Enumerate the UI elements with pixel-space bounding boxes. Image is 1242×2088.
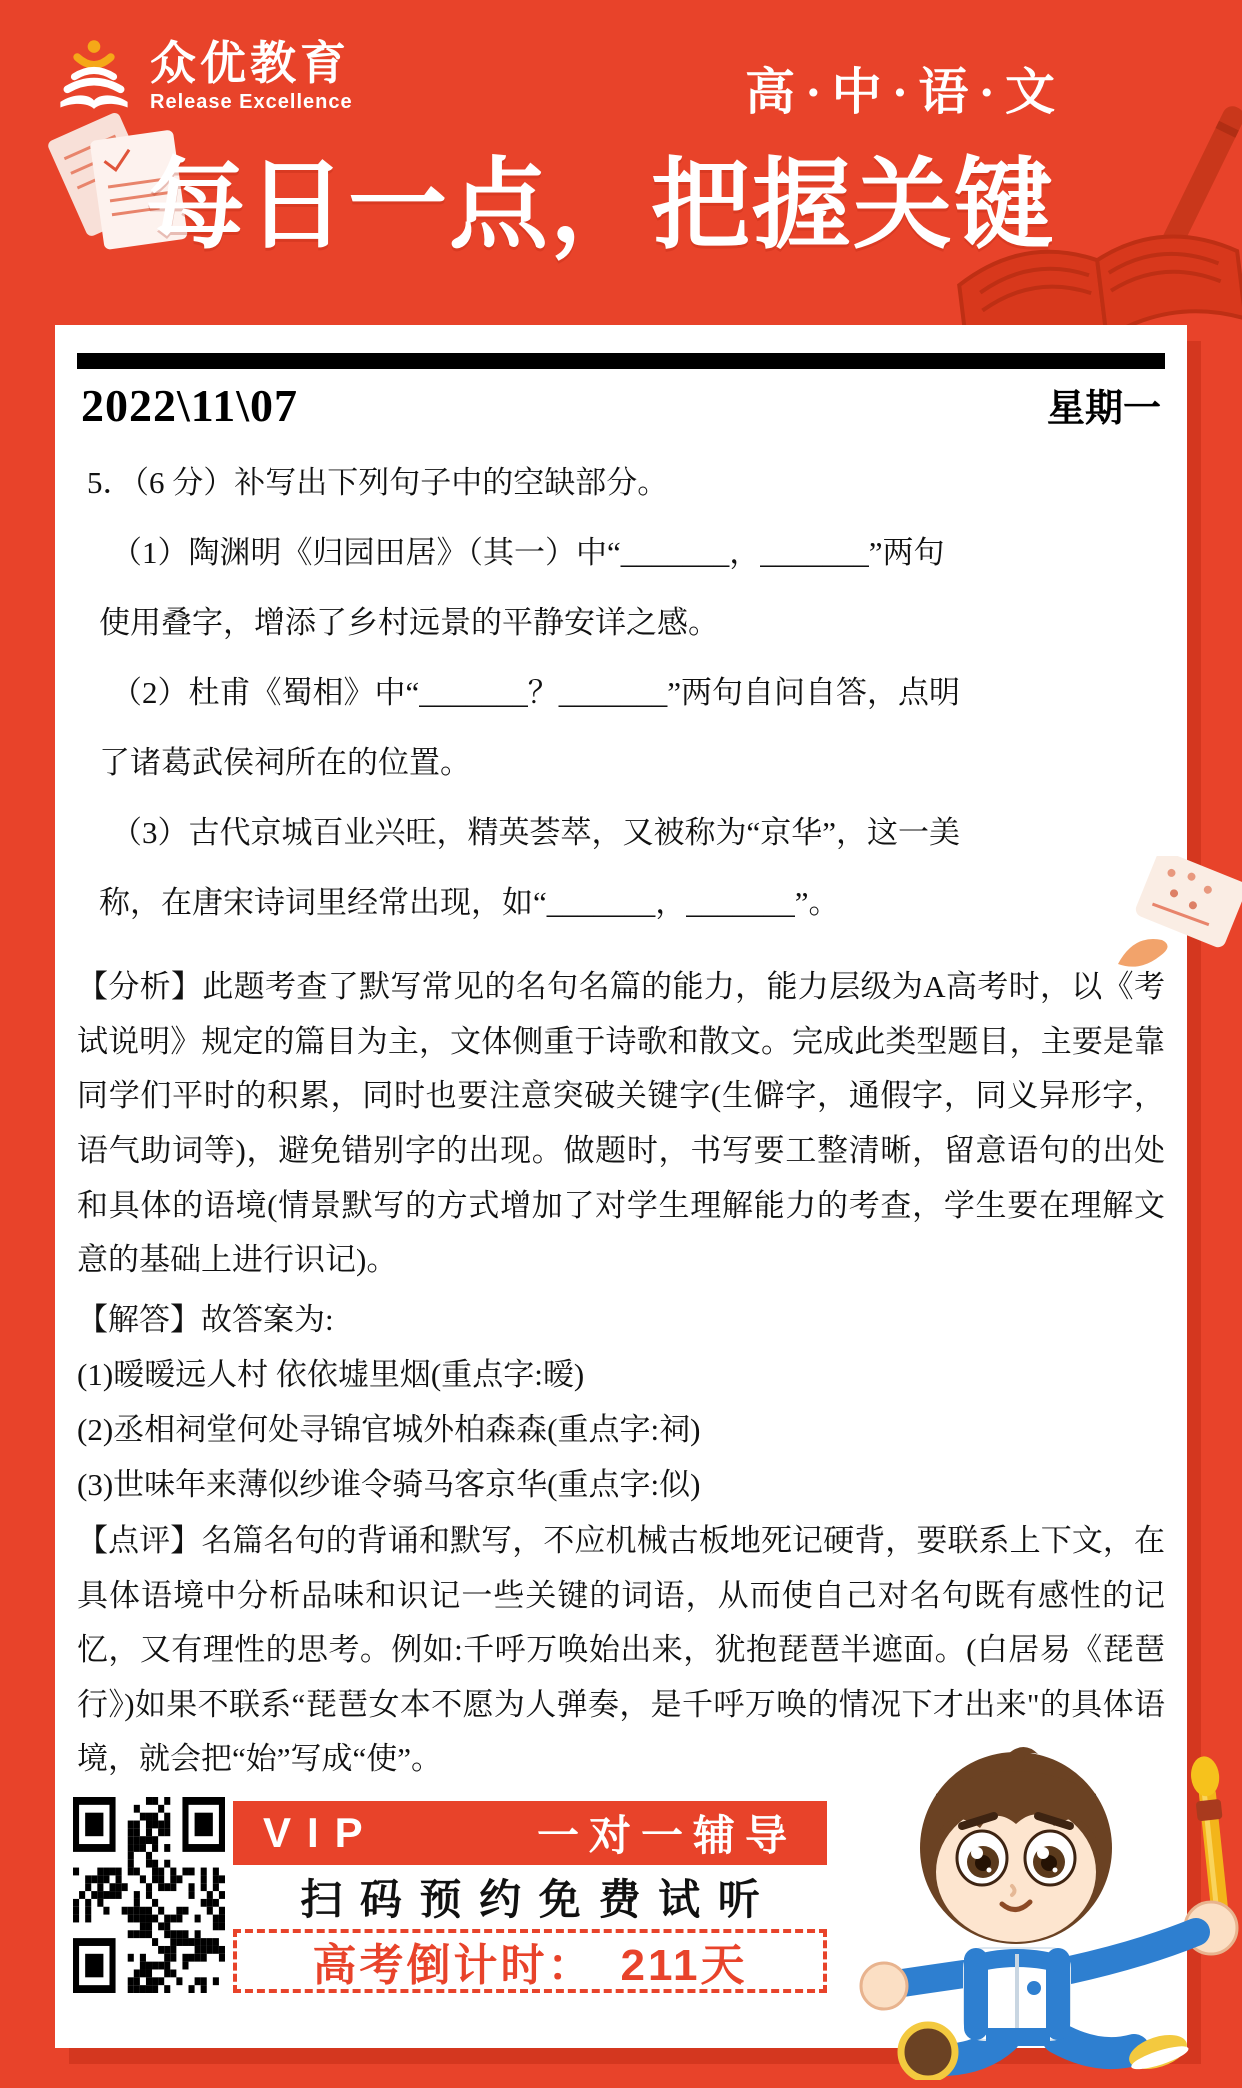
page-title: 每日一点，把握关键 [146, 126, 1055, 268]
question-line: （2）杜甫《蜀相》中“_______？_______”两句自问自答，点明 [77, 658, 1165, 728]
answer-line: (3)世味年来薄似纱谁令骑马客京华(重点字:似) [77, 1457, 1165, 1512]
question-line: 称，在唐宋诗词里经常出现，如“_______，_______”。 [77, 868, 1165, 938]
vip-label: VIP [263, 1809, 379, 1857]
question-line: （1）陶渊明《归园田居》（其一）中“_______，_______”两句 [77, 518, 1165, 588]
question-line: （3）古代京城百业兴旺，精英荟萃，又被称为“京华”，这一美 [77, 798, 1165, 868]
scan-cta-label: 扫码预约免费试听 [233, 1865, 827, 1929]
countdown-value: 211天 [621, 1929, 748, 1993]
note-and-hand-illustration [1104, 856, 1242, 976]
analysis-paragraph: 【分析】此题考查了默写常见的名句名篇的能力，能力层级为A高考时，以《考试说明》规… [77, 960, 1165, 1287]
subject-label: 高·中·语·文 [620, 52, 1190, 124]
qr-code [73, 1797, 225, 1993]
question-line: 使用叠字，增添了乡村远景的平静安详之感。 [77, 588, 1165, 658]
countdown-box: 高考倒计时： 211天 [233, 1929, 827, 1993]
promo-banner: VIP 一对一辅导 扫码预约免费试听 高考倒计时： 211天 [233, 1801, 827, 1993]
poster-page: 众优教育 Release Excellence 高·中·语·文 每日一点，把握关… [0, 0, 1242, 2088]
answer-line: 【解答】故答案为: [77, 1292, 1165, 1347]
brand-slogan: Release Excellence [150, 91, 353, 114]
countdown-label: 高考倒计时： [313, 1929, 595, 1993]
question-line: 5．（6 分）补写出下列句子中的空缺部分。 [77, 448, 1165, 518]
vip-tutoring-label: 一对一辅导 [537, 1803, 797, 1863]
answer-line: (1)暧暧远人村 依依墟里烟(重点字:暧) [77, 1347, 1165, 1402]
date-label: 2022\11\07 [81, 379, 298, 432]
answer-line: (2)丞相祠堂何处寻锦官城外柏森森(重点字:祠) [77, 1402, 1165, 1457]
brand-logo: 众优教育 Release Excellence [52, 36, 353, 116]
mascot-boy-illustration [812, 1742, 1242, 2080]
brand-name: 众优教育 [150, 38, 353, 89]
open-book-logo-icon [52, 36, 136, 116]
answer-block: 【解答】故答案为: (1)暧暧远人村 依依墟里烟(重点字:暧) (2)丞相祠堂何… [77, 1292, 1165, 1513]
question-block: 5．（6 分）补写出下列句子中的空缺部分。 （1）陶渊明《归园田居》（其一）中“… [77, 448, 1165, 938]
date-row: 2022\11\07 星期一 [77, 377, 1165, 432]
question-line: 了诸葛武侯祠所在的位置。 [77, 728, 1165, 798]
vip-banner: VIP 一对一辅导 [233, 1801, 827, 1865]
weekday-label: 星期一 [1047, 377, 1161, 432]
header-rule [77, 353, 1165, 369]
